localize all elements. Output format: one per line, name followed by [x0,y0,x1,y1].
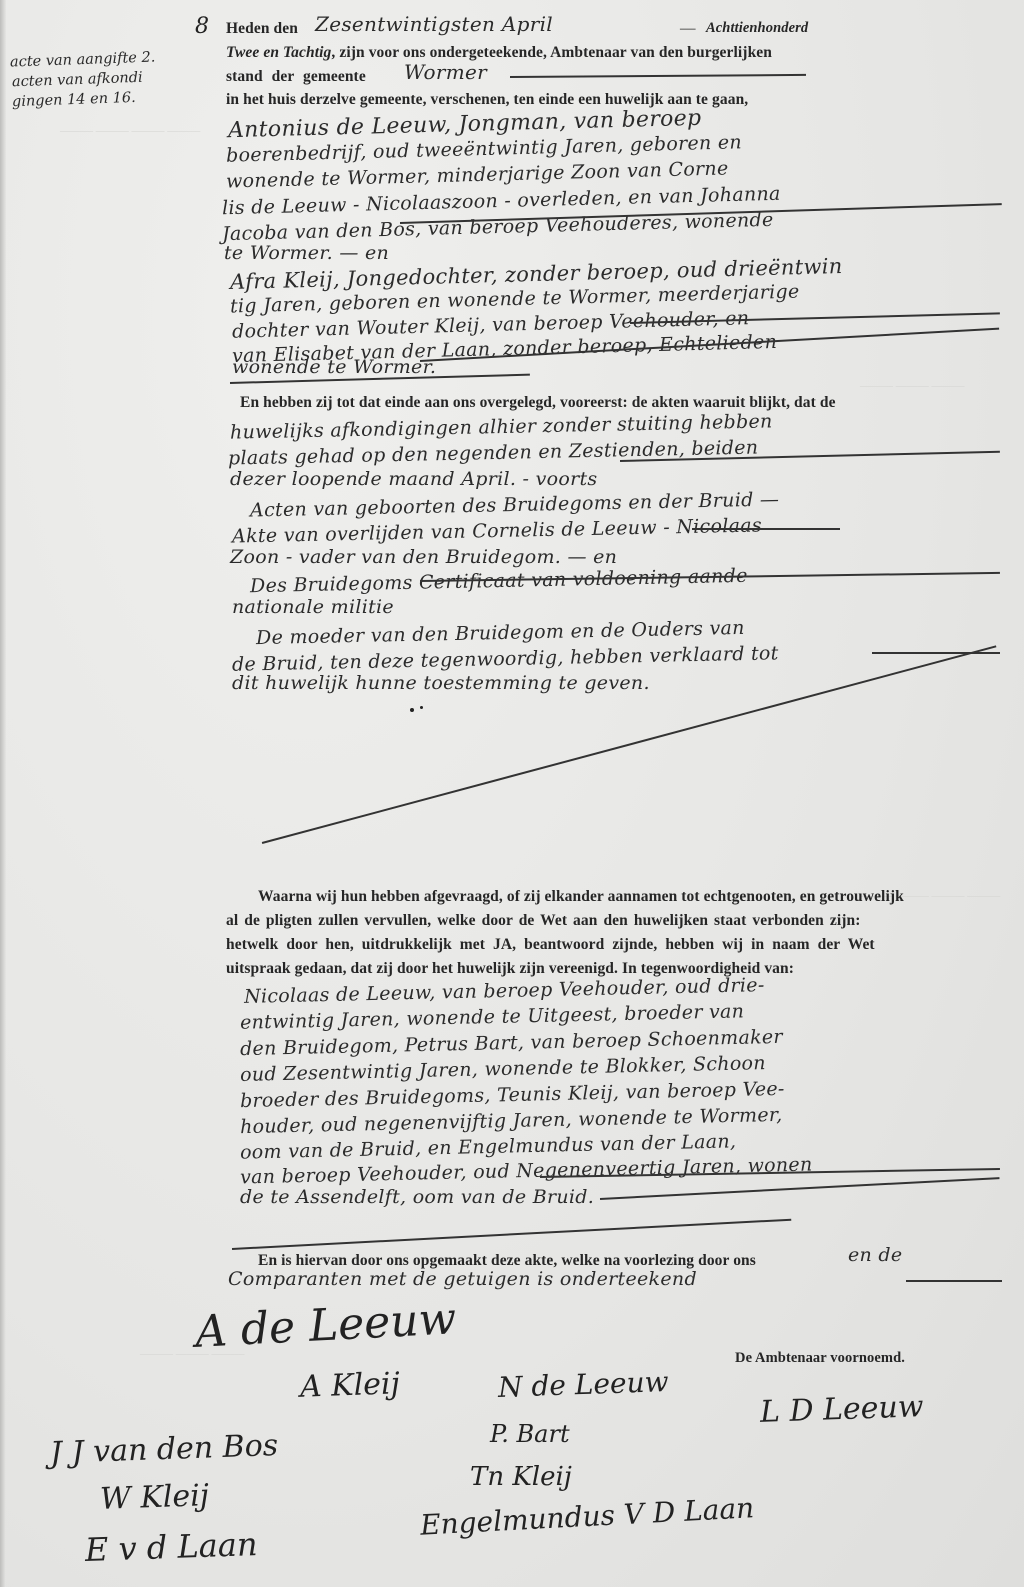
documents-line: dit huwelijk hunne toestemming te geven. [232,672,650,694]
signature-groom: A de Leeuw [194,1293,458,1358]
bleed-through-text: ——— ——— ——— [860,380,965,392]
margin-note-line: acten van afkondi [12,70,143,91]
signature-bride: A Kleij [299,1366,400,1404]
vows-print-line: al de pligten zullen vervullen, welke do… [226,912,861,930]
signature-official: L D Leeuw [759,1389,924,1430]
fill-line [906,1280,1002,1282]
parties-line: wonende te Wormer. [232,356,436,378]
margin-note-line: acte van aangifte 2. [10,49,156,70]
documents-print-line: En hebben zij tot dat einde aan ons over… [240,394,836,412]
signature-witness-nicolaas: N de Leeuw [497,1365,669,1404]
fill-line [232,1219,791,1250]
parties-line: te Wormer. — en [224,242,389,264]
closing-hand-2: Comparanten met de getuigen is onderteek… [228,1268,697,1290]
intro-dash: — [680,20,696,38]
vows-print-line: hetwelk door hen, uitdrukkelijk met JA, … [226,936,875,954]
record-number: 8 [195,14,209,39]
fill-line [510,74,806,78]
fill-line [692,528,840,530]
signature-engelmundus: Engelmundus V D Laan [419,1491,755,1541]
intro-achttienhonderd: Achttienhonderd [706,20,808,37]
bleed-through-text: ——— ——— ——— ——— [60,125,200,137]
intro-stand-der-gemeente: stand der gemeente [226,68,366,86]
signature-petrus-bart: P. Bart [490,1420,570,1448]
fill-line [872,652,1000,654]
ink-dot [420,706,423,709]
signature-father-bride: W Kleij [99,1478,209,1517]
documents-line: nationale militie [232,596,394,618]
intro-municipality: Wormer [404,60,487,84]
intro-line-2-rest: , zijn voor ons ondergeteekende, Ambtena… [331,44,772,61]
ink-dot [410,708,414,712]
fill-line [600,1177,1000,1200]
documents-line: dezer loopende maand April. - voorts [230,468,597,490]
signature-mother-groom: J J van den Bos [49,1428,278,1471]
intro-line-2: Twee en Tachtig, zijn voor ons ondergete… [226,44,772,62]
page-edge [0,0,6,1587]
documents-line: Des Bruidegoms Certificaat van voldoenin… [250,565,748,597]
margin-note-line: gingen 14 en 16. [12,90,136,110]
intro-heden-den: Heden den [226,20,298,38]
official-label: De Ambtenaar voornoemd. [735,1350,905,1367]
closing-hand-1: en de [848,1244,902,1266]
signature-teunis-kleij: Tn Kleij [470,1462,572,1492]
intro-year-part: Twee en Tachtig [226,44,331,61]
witnesses-line: de te Assendelft, oom van de Bruid. [240,1186,594,1208]
vows-print-line: Waarna wij hun hebben afgevraagd, of zij… [258,888,904,906]
documents-line: Zoon - vader van den Bruidegom. — en [230,546,617,568]
signature-mother-bride: E v d Laan [84,1525,258,1569]
intro-date-handwritten: Zesentwintigsten April [315,12,553,36]
